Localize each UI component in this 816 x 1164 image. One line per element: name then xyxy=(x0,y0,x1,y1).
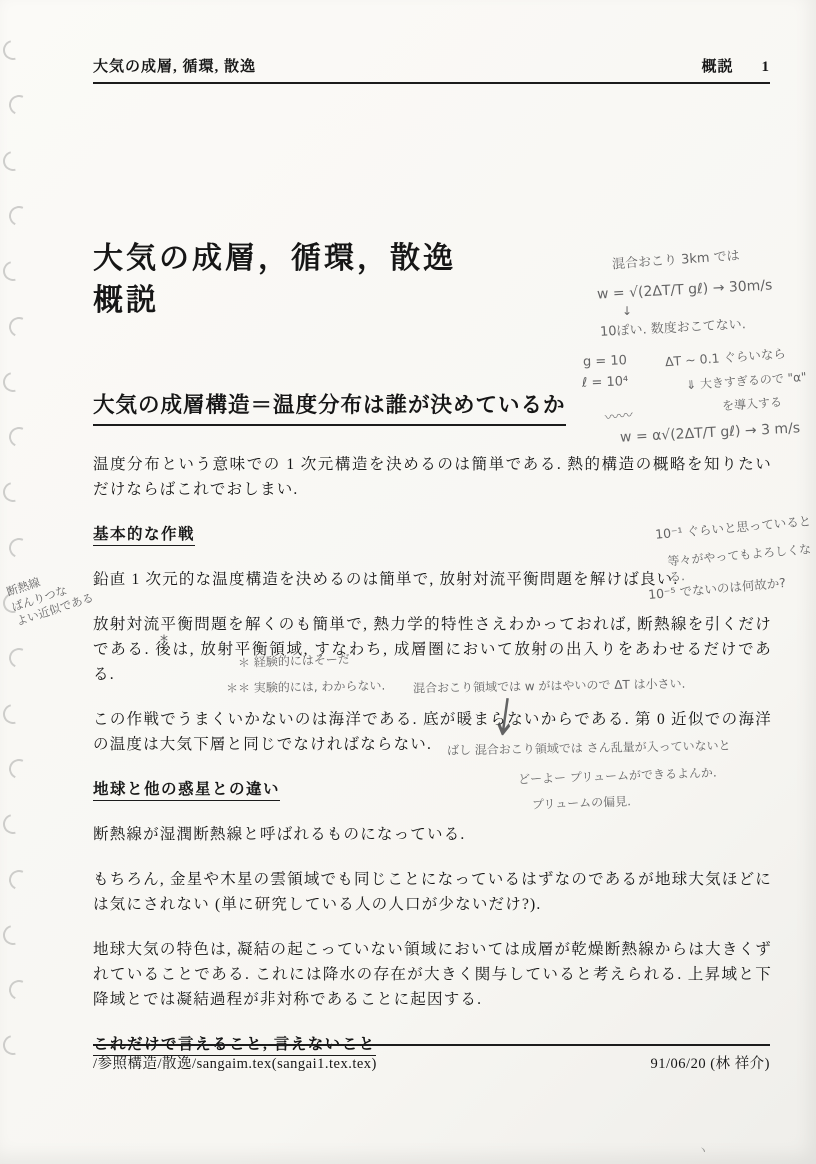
handwritten-note: g = 10 xyxy=(583,352,628,371)
binding-hole xyxy=(6,756,32,782)
paragraph: もちろん, 金星や木星の雲領域でも同じことになっているはずなのであるが地球大気ほ… xyxy=(93,867,772,917)
document-title-line2: 概説 xyxy=(93,280,456,322)
binding-hole xyxy=(6,977,32,1003)
binding-hole xyxy=(6,867,32,893)
binding-hole xyxy=(6,645,32,671)
handwritten-note: * xyxy=(160,630,168,652)
handwritten-note: ＊＊ 実験的には, わからない. xyxy=(226,678,386,697)
paragraph: 断熱線が湿潤断熱線と呼ばれるものになっている. xyxy=(93,822,772,847)
paragraph: 温度分布という意味での 1 次元構造を決めるのは簡単である. 熱的構造の概略を知… xyxy=(93,452,772,502)
handwritten-note: 10ぽい. 数度おこてない. xyxy=(600,316,747,341)
binding-hole xyxy=(0,1032,27,1059)
header-section-label: 概説 xyxy=(701,59,733,75)
page-number: 1 xyxy=(762,59,771,75)
binding-hole xyxy=(6,92,32,118)
handwritten-note: w = α√(2ΔT/T gℓ) → 3 m/s xyxy=(620,419,801,447)
handwritten-note: プリュームの偏見. xyxy=(532,793,631,813)
scan-corner-mark: ヽ xyxy=(697,1141,709,1158)
binding-hole xyxy=(0,258,27,285)
paragraph: 地球大気の特色は, 凝結の起こっていない領域においては成層が乾燥断熱線からは大き… xyxy=(93,937,772,1012)
binding-hole xyxy=(0,921,27,948)
binding-hole xyxy=(0,811,27,838)
binding-hole xyxy=(0,700,27,727)
handwritten-note: 〰〰 xyxy=(604,407,634,429)
handwritten-note: ΔT ~ 0.1 ぐらいなら xyxy=(665,346,787,371)
footer-date-author: 91/06/20 (林 祥介) xyxy=(651,1052,770,1073)
handwritten-note: を導入する xyxy=(722,394,783,414)
header-running-title: 大気の成層, 循環, 散逸 xyxy=(93,55,256,76)
binding-hole xyxy=(0,147,27,174)
section-heading: 大気の成層構造＝温度分布は誰が決めているか xyxy=(93,388,566,426)
binding-hole xyxy=(6,424,32,450)
binding-hole xyxy=(0,368,27,395)
handwritten-note: 断熱線 ばんりつな よい近似である xyxy=(5,561,96,630)
handwritten-note: ⇓ 大きすぎるので "α" xyxy=(686,369,807,394)
scanned-page: 大気の成層, 循環, 散逸 概説1 大気の成層，循環，散逸 概説 大気の成層構造… xyxy=(0,0,816,1164)
body-text: 温度分布という意味での 1 次元構造を決めるのは簡単である. 熱的構造の概略を知… xyxy=(93,452,772,1077)
binding-hole xyxy=(6,203,32,229)
document-title: 大気の成層，循環，散逸 概説 xyxy=(93,238,456,322)
handwritten-note: 混合おこり 3km では xyxy=(612,248,741,274)
binding-hole xyxy=(6,314,32,340)
footer-file-path: /参照構造/散逸/sangaim.tex(sangai1.tex.tex) xyxy=(93,1052,377,1073)
header-right: 概説1 xyxy=(701,55,770,76)
binding-hole xyxy=(0,479,27,506)
document-title-line1: 大気の成層，循環，散逸 xyxy=(93,238,456,280)
page-header: 大気の成層, 循環, 散逸 概説1 xyxy=(93,55,770,84)
handwritten-note: ℓ = 10⁴ xyxy=(582,373,629,392)
handwritten-note: ↓ xyxy=(622,303,632,319)
handwritten-note: w = √(2ΔT/T gℓ) → 30m/s xyxy=(597,276,773,304)
binding-hole xyxy=(0,36,27,63)
page-footer: /参照構造/散逸/sangaim.tex(sangai1.tex.tex) 91… xyxy=(93,1044,770,1073)
binding-hole xyxy=(6,535,32,561)
